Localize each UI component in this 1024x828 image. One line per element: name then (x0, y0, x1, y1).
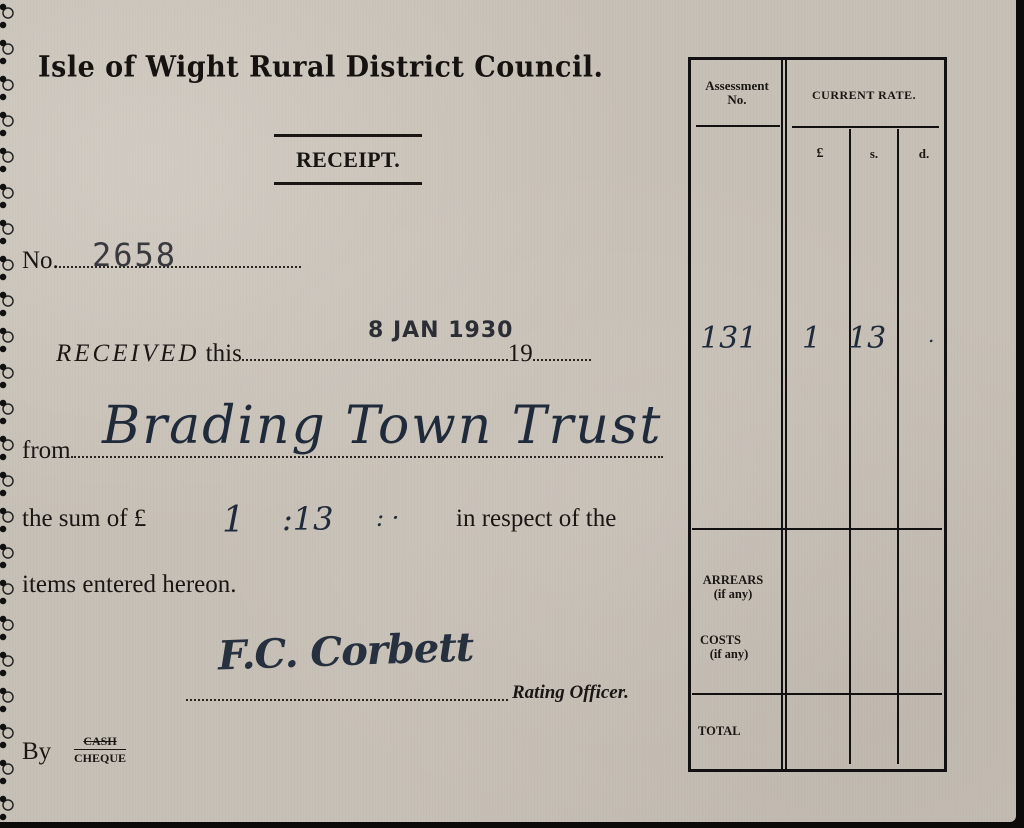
rate-header-rule (792, 126, 939, 128)
perforated-edge-border (0, 0, 14, 822)
receipt-heading-block: RECEIPT. (274, 134, 422, 185)
items-text: items entered hereon. (22, 571, 237, 599)
sum-pence-handwritten: : · (376, 504, 399, 532)
arrears-label-block: ARREARS (if any) (700, 573, 766, 601)
number-label: No. (22, 247, 59, 274)
col-header-pence: d. (910, 147, 938, 161)
rate-pence-handwritten: . (928, 323, 934, 347)
sum-shillings-handwritten: :13 (282, 500, 334, 538)
costs-label-block: COSTS (if any) (700, 633, 758, 661)
date-dotted-line (242, 358, 508, 361)
costs-label: COSTS (700, 633, 758, 647)
received-line: RECEIVED this19 (56, 340, 591, 368)
table-divider-right (785, 57, 787, 769)
officer-label: Rating Officer. (512, 682, 629, 704)
table-border-bottom (690, 769, 947, 772)
table-border-left (688, 57, 691, 772)
rate-table: Assessment No. CURRENT RATE. £ s. d. 131… (688, 57, 947, 772)
officer-signature: F.C. Corbett (217, 624, 474, 680)
heading-rule-bottom (274, 182, 422, 185)
payment-method: CASH CHEQUE (74, 734, 126, 766)
assessment-header-rule (696, 125, 780, 127)
total-label: TOTAL (698, 724, 741, 738)
assessment-header-line2: No. (694, 93, 780, 107)
payer-name-handwritten: Brading Town Trust (102, 396, 662, 456)
costs-note: (if any) (700, 647, 758, 661)
from-label: from (22, 437, 71, 464)
receipt-paper: Isle of Wight Rural District Council. RE… (0, 0, 1016, 822)
rate-pounds-handwritten: 1 (802, 321, 821, 356)
issuer-title: Isle of Wight Rural District Council. (38, 51, 603, 84)
col-header-shillings: s. (860, 147, 888, 161)
arrears-label: ARREARS (700, 573, 766, 587)
assessment-number-handwritten: 131 (700, 321, 757, 356)
table-divider-left (781, 57, 783, 769)
table-border-right (944, 57, 947, 772)
total-top-rule (692, 693, 942, 695)
current-rate-header: CURRENT RATE. (812, 88, 916, 103)
col-header-pounds: £ (810, 147, 830, 161)
column-divider-pence (897, 129, 899, 764)
received-this: this (206, 340, 242, 367)
assessment-header: Assessment No. (694, 79, 780, 107)
payment-cheque: CHEQUE (74, 749, 126, 766)
receipt-number-value: 2658 (92, 236, 177, 274)
receipt-heading: RECEIPT. (274, 137, 422, 182)
signature-line (186, 680, 508, 708)
current-rate-bottom-rule (692, 528, 942, 530)
year-dotted-line (533, 358, 591, 361)
assessment-header-line1: Assessment (694, 79, 780, 93)
signature-dotted-line (186, 698, 508, 701)
sum-pounds-handwritten: 1 (222, 500, 245, 541)
sum-label: the sum of £ (22, 505, 146, 533)
payment-cash-struck: CASH (74, 734, 126, 749)
column-divider-shillings (849, 129, 851, 764)
year-prefix: 19 (508, 340, 533, 367)
table-border-top (688, 57, 947, 60)
rate-shillings-handwritten: 13 (848, 321, 886, 356)
received-label: RECEIVED (56, 340, 199, 367)
arrears-note: (if any) (700, 587, 766, 601)
by-label: By (22, 738, 51, 766)
sum-suffix: in respect of the (456, 505, 616, 533)
